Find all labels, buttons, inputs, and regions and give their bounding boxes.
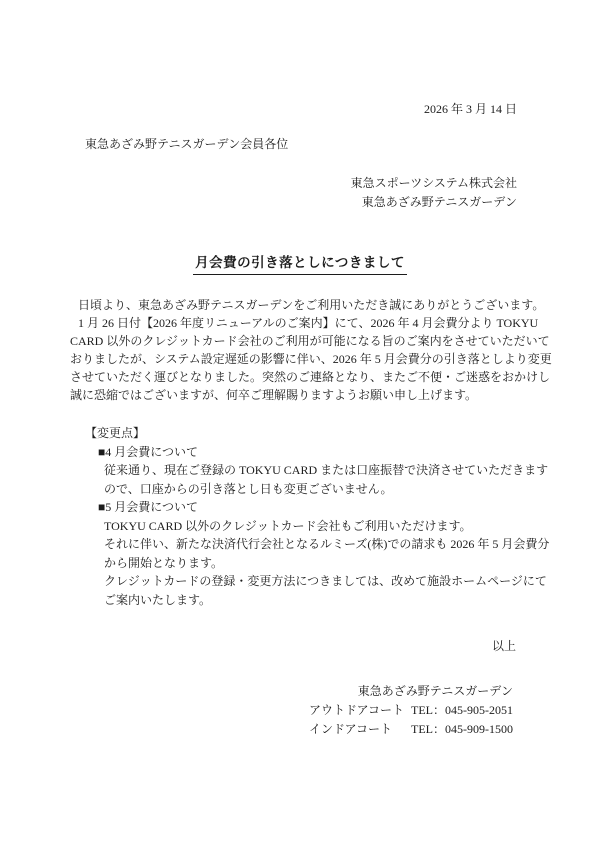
recipient-line: 東急あざみ野テニスガーデン会員各位 [85, 135, 288, 153]
indoor-court-tel: TEL：045-909-1500 [411, 720, 513, 739]
indoor-court-label: インドアコート [309, 720, 411, 739]
changes-section: 【変更点】 ■4 月会費について 従来通り、現在ご登録の TOKYU CARD … [85, 424, 545, 609]
title-wrap: 月会費の引き落としにつきまして [0, 251, 600, 275]
closing-ijou: 以上 [492, 637, 516, 654]
body-line: 誠に恐縮ではございますが、何卒ご理解賜りますようお願い申し上げます。 [70, 386, 530, 404]
sender-block: 東急スポーツシステム株式会社 東急あざみ野テニスガーデン [351, 174, 517, 211]
may-fee-line: クレジットカードの登録・変更方法につきましては、改めて施設ホームページにて [85, 572, 545, 591]
sender-company: 東急スポーツシステム株式会社 [351, 174, 517, 193]
may-fee-item-title: ■5 月会費について [85, 498, 545, 517]
footer-contact-block: 東急あざみ野テニスガーデン アウトドアコート TEL：045-905-2051 … [309, 682, 513, 739]
body-line: させていただく運びとなりました。突然のご連絡となり、またご不便・ご迷惑をおかけし [70, 368, 530, 386]
may-fee-line: TOKYU CARD 以外のクレジットカード会社もご利用いただけます。 [85, 517, 545, 536]
may-fee-line: それに伴い、新たな決済代行会社となるルミーズ(株)での請求も 2026 年 5 … [85, 535, 545, 554]
outdoor-court-tel: TEL：045-905-2051 [411, 701, 513, 720]
may-fee-line: ご案内いたします。 [85, 591, 545, 610]
footer-facility-name: 東急あざみ野テニスガーデン [309, 682, 513, 701]
april-fee-item-title: ■4 月会費について [85, 443, 545, 462]
body-paragraphs: 日頃より、東急あざみ野テニスガーデンをご利用いただき誠にありがとうございます。 … [70, 296, 530, 404]
april-fee-line: ので、口座からの引き落とし日も変更ございません。 [85, 480, 545, 499]
letter-date: 2026 年 3 月 14 日 [424, 100, 517, 118]
may-fee-line: から開始となります。 [85, 554, 545, 573]
sender-facility: 東急あざみ野テニスガーデン [351, 193, 517, 212]
body-line: CARD 以外のクレジットカード会社のご利用が可能になる旨のご案内をさせていただ… [70, 332, 530, 350]
april-fee-line: 従来通り、現在ご登録の TOKYU CARD または口座振替で決済させていただき… [85, 461, 545, 480]
indoor-court-contact: インドアコート TEL：045-909-1500 [309, 720, 513, 739]
outdoor-court-contact: アウトドアコート TEL：045-905-2051 [309, 701, 513, 720]
letter-page: 2026 年 3 月 14 日 東急あざみ野テニスガーデン会員各位 東急スポーツ… [0, 0, 600, 849]
body-line: 日頃より、東急あざみ野テニスガーデンをご利用いただき誠にありがとうございます。 [70, 296, 530, 314]
outdoor-court-label: アウトドアコート [309, 701, 411, 720]
body-line: 1 月 26 日付【2026 年度リニューアルのご案内】にて、2026 年 4 … [70, 314, 530, 332]
changes-heading: 【変更点】 [85, 424, 545, 443]
document-title: 月会費の引き落としにつきまして [193, 251, 407, 275]
body-line: おりましたが、システム設定遅延の影響に伴い、2026 年 5 月会費分の引き落と… [70, 350, 530, 368]
